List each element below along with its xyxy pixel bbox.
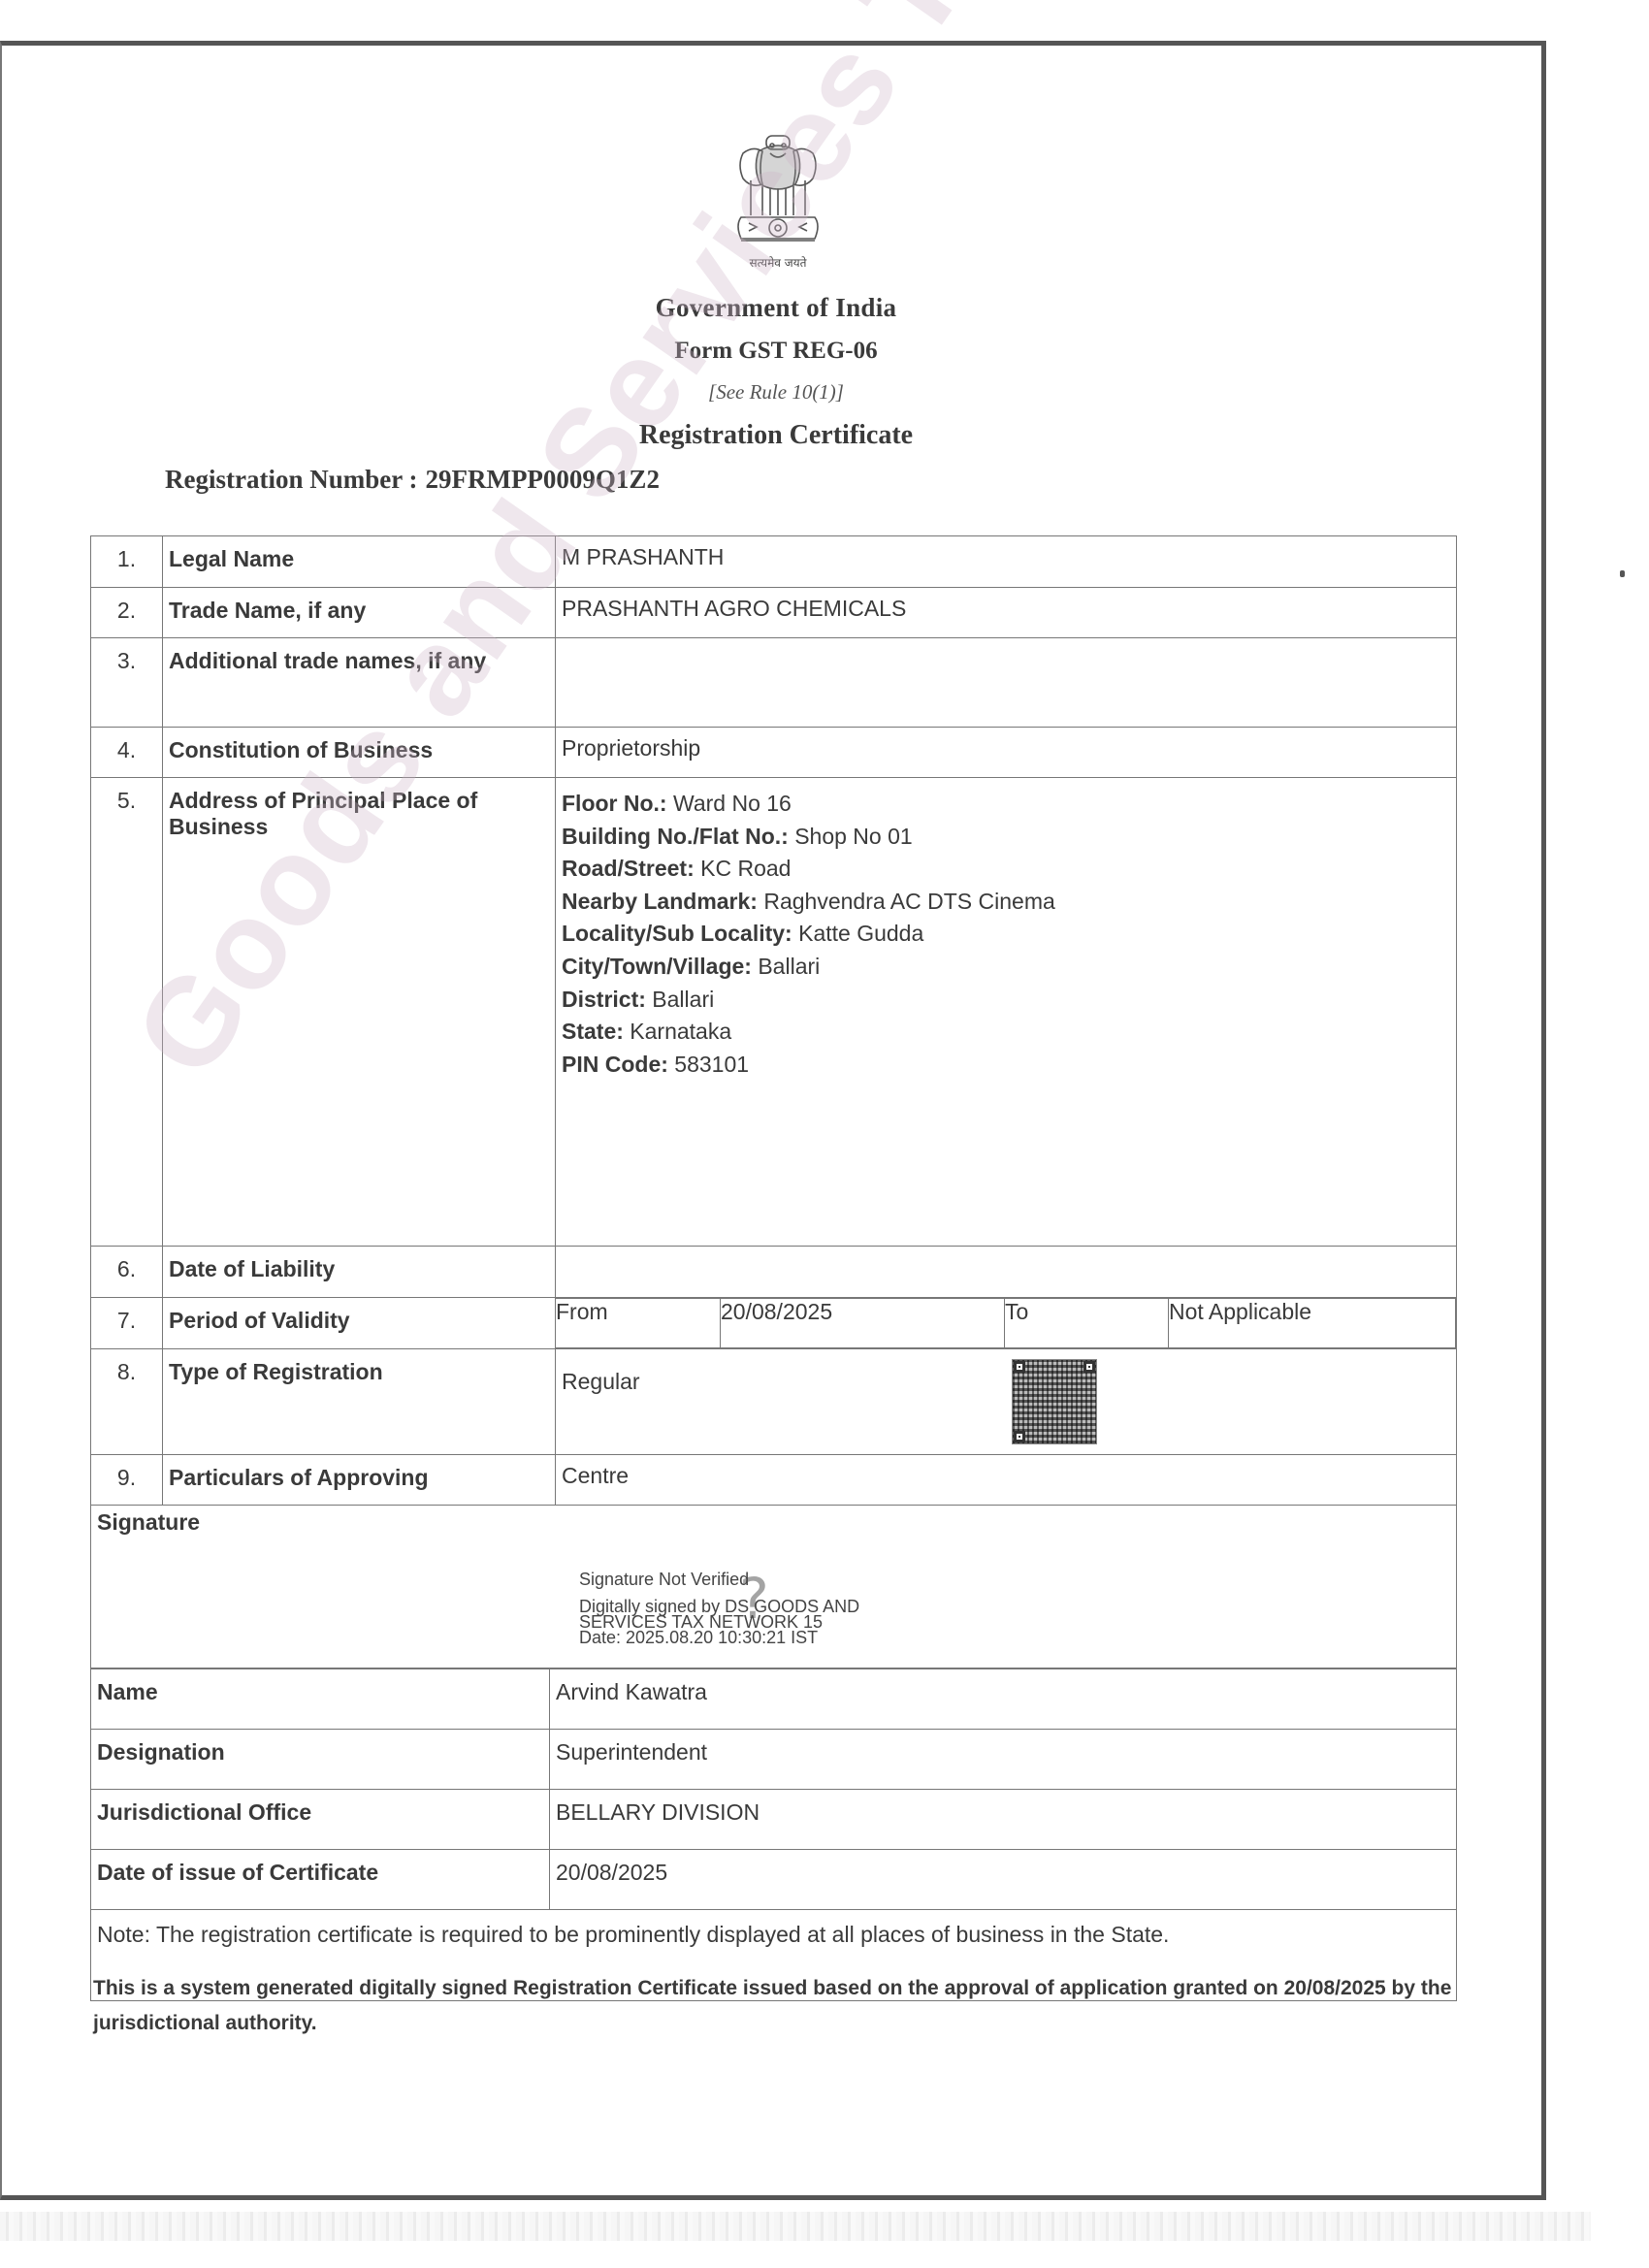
row-label: Type of Registration [163, 1349, 556, 1455]
jurisdictional-office-value: BELLARY DIVISION [550, 1790, 1457, 1850]
validity-to-value: Not Applicable [1169, 1299, 1456, 1348]
address-line-road: Road/Street: KC Road [562, 853, 1450, 886]
signature-block: Signature ? Signature Not Verified Digit… [90, 1502, 1457, 1669]
row-number: 3. [91, 638, 163, 728]
row-number: 1. [91, 536, 163, 588]
constitution-value: Proprietorship [556, 728, 1457, 778]
certificate-title: Registration Certificate [0, 420, 1552, 451]
national-emblem-icon [729, 132, 826, 250]
officer-name-value: Arvind Kawatra [550, 1669, 1457, 1730]
signature-status: Signature Not Verified [579, 1571, 859, 1587]
address-value-text: Ward No 16 [673, 791, 792, 816]
address-line-floor: Floor No.: Ward No 16 [562, 788, 1450, 821]
table-row: 9. Particulars of Approving Centre [91, 1455, 1457, 1506]
address-key: Floor No.: [562, 791, 667, 816]
registration-type-value: Regular [556, 1349, 1457, 1455]
row-label: Additional trade names, if any [163, 638, 556, 728]
address-line-pin: PIN Code: 583101 [562, 1049, 1450, 1082]
date-of-liability-value [556, 1247, 1457, 1298]
table-row: 2. Trade Name, if any PRASHANTH AGRO CHE… [91, 588, 1457, 638]
table-row: Jurisdictional Office BELLARY DIVISION [91, 1790, 1457, 1850]
government-heading: Government of India [0, 293, 1552, 323]
address-value-text: Ballari [758, 954, 820, 979]
officer-label: Designation [91, 1730, 550, 1790]
validity-table: From 20/08/2025 To Not Applicable [556, 1298, 1456, 1348]
row-number: 4. [91, 728, 163, 778]
additional-trade-names-value [556, 638, 1457, 728]
address-key: State: [562, 1019, 624, 1044]
approving-authority-value: Centre [556, 1455, 1457, 1506]
address-key: Building No./Flat No.: [562, 824, 789, 849]
address-key: Nearby Landmark: [562, 889, 758, 914]
qr-finder-pattern [1014, 1431, 1025, 1442]
qr-code [1012, 1359, 1097, 1444]
officer-label: Date of issue of Certificate [91, 1850, 550, 1910]
row-label: Legal Name [163, 536, 556, 588]
table-row: 3. Additional trade names, if any [91, 638, 1457, 728]
signature-title: Signature [97, 1509, 200, 1536]
row-label: Particulars of Approving [163, 1455, 556, 1506]
issue-date-value: 20/08/2025 [550, 1850, 1457, 1910]
validity-to-label: To [1005, 1299, 1169, 1348]
registration-number: Registration Number :29FRMPP0009Q1Z2 [165, 465, 660, 495]
address-key: City/Town/Village: [562, 954, 752, 979]
address-value-text: Shop No 01 [794, 824, 912, 849]
registration-number-label: Registration Number : [165, 465, 417, 494]
address-line-state: State: Karnataka [562, 1016, 1450, 1049]
qr-finder-pattern [1083, 1361, 1095, 1373]
row-number: 8. [91, 1349, 163, 1455]
address-value-text: Katte Gudda [798, 921, 923, 946]
row-number: 9. [91, 1455, 163, 1506]
designation-value: Superintendent [550, 1730, 1457, 1790]
address-value-text: 583101 [674, 1052, 749, 1077]
address-line-landmark: Nearby Landmark: Raghvendra AC DTS Cinem… [562, 886, 1450, 919]
emblem-motto: सत्यमेव जयते [729, 254, 826, 271]
address-line-district: District: Ballari [562, 984, 1450, 1017]
row-label: Period of Validity [163, 1298, 556, 1349]
signature-date: Date: 2025.08.20 10:30:21 IST [579, 1630, 859, 1645]
validity-from-date: 20/08/2025 [721, 1299, 1005, 1348]
registration-details-table: 1. Legal Name M PRASHANTH 2. Trade Name,… [90, 535, 1457, 1506]
address-value-text: Karnataka [630, 1019, 731, 1044]
qr-finder-pattern [1014, 1361, 1025, 1373]
validity-cell: From 20/08/2025 To Not Applicable [556, 1298, 1457, 1349]
table-row: 4. Constitution of Business Proprietorsh… [91, 728, 1457, 778]
table-row: Name Arvind Kawatra [91, 1669, 1457, 1730]
table-row: 1. Legal Name M PRASHANTH [91, 536, 1457, 588]
address-key: Road/Street: [562, 856, 695, 881]
row-number: 6. [91, 1247, 163, 1298]
address-key: Locality/Sub Locality: [562, 921, 792, 946]
digital-signature-text: Signature Not Verified Digitally signed … [579, 1571, 859, 1645]
row-label: Date of Liability [163, 1247, 556, 1298]
address-line-building: Building No./Flat No.: Shop No 01 [562, 821, 1450, 854]
table-row: 6. Date of Liability [91, 1247, 1457, 1298]
table-row: 7. Period of Validity From 20/08/2025 To… [91, 1298, 1457, 1349]
row-label: Address of Principal Place of Business [163, 778, 556, 1247]
address-value-text: KC Road [700, 856, 791, 881]
validity-from-label: From [556, 1299, 721, 1348]
rule-reference: [See Rule 10(1)] [0, 380, 1552, 405]
scan-speck [1620, 570, 1625, 577]
officer-label: Jurisdictional Office [91, 1790, 550, 1850]
address-line-locality: Locality/Sub Locality: Katte Gudda [562, 918, 1450, 951]
row-number: 2. [91, 588, 163, 638]
scan-artifact-strip [0, 2212, 1591, 2241]
row-number: 5. [91, 778, 163, 1247]
address-value-text: Ballari [652, 987, 714, 1012]
address-value-text: Raghvendra AC DTS Cinema [763, 889, 1054, 914]
row-label: Constitution of Business [163, 728, 556, 778]
table-row: Designation Superintendent [91, 1730, 1457, 1790]
address-value: Floor No.: Ward No 16 Building No./Flat … [556, 778, 1457, 1247]
officer-details-table: Name Arvind Kawatra Designation Superint… [90, 1669, 1457, 2001]
table-row: 8. Type of Registration Regular [91, 1349, 1457, 1455]
address-key: PIN Code: [562, 1052, 668, 1077]
address-line-city: City/Town/Village: Ballari [562, 951, 1450, 984]
table-row: Date of issue of Certificate 20/08/2025 [91, 1850, 1457, 1910]
row-number: 7. [91, 1298, 163, 1349]
legal-name-value: M PRASHANTH [556, 536, 1457, 588]
address-key: District: [562, 987, 646, 1012]
table-row: 5. Address of Principal Place of Busines… [91, 778, 1457, 1247]
registration-number-value: 29FRMPP0009Q1Z2 [425, 465, 659, 494]
row-label: Trade Name, if any [163, 588, 556, 638]
form-heading: Form GST REG-06 [0, 338, 1552, 365]
officer-label: Name [91, 1669, 550, 1730]
trade-name-value: PRASHANTH AGRO CHEMICALS [556, 588, 1457, 638]
system-generated-footer: This is a system generated digitally sig… [93, 1971, 1471, 2041]
